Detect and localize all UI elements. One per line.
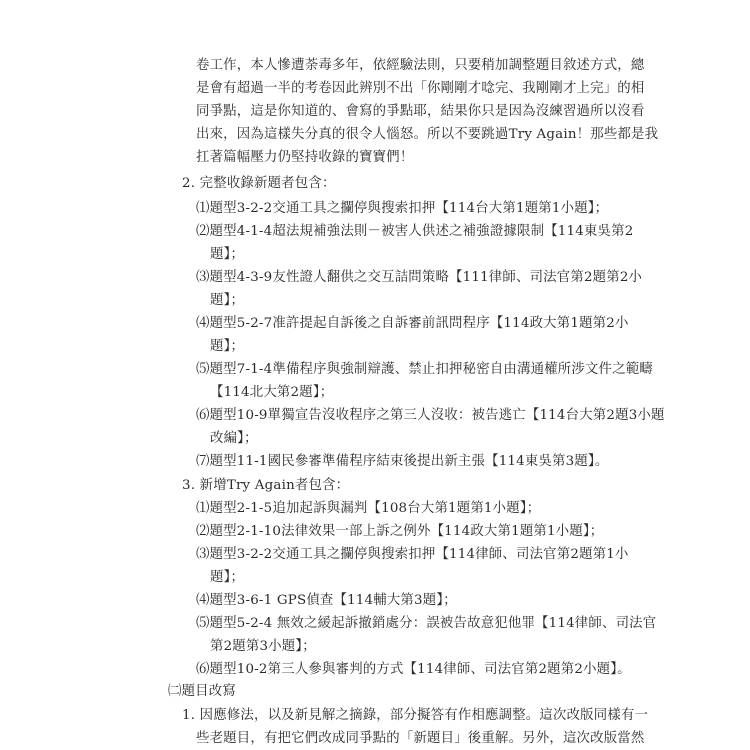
list-item: ⑶題型3-2-2交通工具之攔停與搜索扣押【114律師、司法官第2題第1小 [196, 543, 629, 566]
list-item: ⑷題型5-2-7准許提起自訴後之自訴審前訊問程序【114政大第1題第2小 [196, 312, 629, 335]
paragraph-line: 出來，因為這樣失分真的很令人惱怒。所以不要跳過Try Again！那些都是我 [196, 123, 658, 146]
list-item: ⑷題型3-6-1 GPS偵查【114輔大第3題】； [196, 589, 457, 612]
list-item: ⑺題型11-1國民參審準備程序結束後提出新主張【114東吳第3題】。 [196, 450, 608, 473]
list-item: ⑵題型2-1-10法律效果一部上訴之例外【114政大第1題第1小題】； [196, 520, 603, 543]
paragraph-line: 些老題目，有把它們改成同爭點的「新題目」後重解。另外，這次改版當然 [196, 727, 645, 750]
list-item: ⑹題型10-2第三人參與審判的方式【114律師、司法官第2題第2小題】。 [196, 658, 631, 681]
list-item-cont: 改編】； [210, 427, 258, 450]
paragraph-line: 卷工作，本人慘遭荼毒多年，依經驗法則，只要稍加調整題目敘述方式，總 [196, 54, 645, 77]
list-item-cont: 題】； [210, 289, 244, 312]
list-item: ⑴題型3-2-2交通工具之攔停與搜索扣押【114台大第1題第1小題】； [196, 197, 608, 220]
list-item-cont: 【114北大第2題】； [210, 381, 333, 404]
paragraph-line: 扛著篇幅壓力仍堅持收錄的寶寶們！ [196, 146, 413, 169]
list-item-cont: 題】； [210, 243, 244, 266]
paragraph-line: 同爭點，這是你知道的、會寫的爭點耶，結果你只是因為沒練習過所以沒看 [196, 100, 645, 123]
list-item-cont: 題】； [210, 335, 244, 358]
paragraph-line: 是會有超過一半的考卷因此辨別不出「你剛剛才唸完、我剛剛才上完」的相 [196, 77, 645, 100]
list-item: ⑵題型4-1-4超法規補強法則－被害人供述之補強證據限制【114東吳第2 [196, 220, 633, 243]
part-heading: ㈡題目改寫 [168, 680, 236, 703]
list-item-cont: 題】； [210, 566, 244, 589]
list-item-cont: 第2題第3小題】； [210, 635, 316, 658]
list-item: ⑸題型5-2-4 無效之緩起訴撤銷處分：誤被告故意犯他罪【114律師、司法官 [196, 612, 656, 635]
list-item: ⑴題型2-1-5追加起訴與漏判【108台大第1題第1小題】； [196, 497, 540, 520]
section-heading: 2. 完整收錄新題者包含： [182, 172, 336, 195]
list-item: ⑸題型7-1-4準備程序與強制辯護、禁止扣押秘密自由溝通權所涉文件之範疇 [196, 358, 653, 381]
list-item: ⑶題型4-3-9友性證人翻供之交互詰問策略【111律師、司法官第2題第2小 [196, 266, 642, 289]
list-item: ⑹題型10-9單獨宣告沒收程序之第三人沒收：被告逃亡【114台大第2題3小題 [196, 404, 665, 427]
paragraph-line: 1. 因應修法，以及新見解之摘錄，部分擬答有作相應調整。這次改版同樣有一 [182, 704, 648, 727]
section-heading: 3. 新增Try Again者包含： [182, 474, 349, 497]
